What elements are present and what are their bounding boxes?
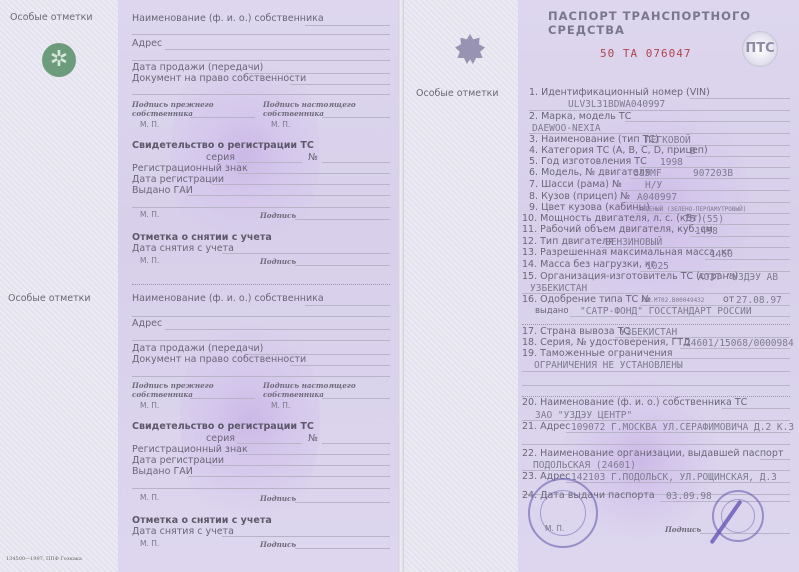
issued-by-label: Выдано ГАИ <box>132 466 193 477</box>
number-label: № <box>308 433 318 444</box>
prev-owner-signature-label-2: собственника <box>132 109 193 118</box>
reg-plate-label: Регистрационный знак <box>132 444 248 455</box>
customs-restrictions-line <box>650 358 790 359</box>
field-label-customs-cert: 18. Серия, № удостоверения, ГТД <box>522 337 691 348</box>
field-label-issuing-org: 22. Наименование организации, выдавшей п… <box>522 448 783 459</box>
engine-field <box>630 178 790 179</box>
field-label-vin: 1. Идентификационный номер (VIN) <box>529 87 710 98</box>
type-approval-date-label: от <box>723 294 734 305</box>
field-label-engine-type: 12. Тип двигателя <box>522 236 614 247</box>
left-page <box>0 0 400 572</box>
signature-label: Подпись <box>260 540 296 549</box>
vin-field-line <box>690 98 790 99</box>
dereg-date-label: Дата снятия с учета <box>132 243 234 254</box>
sale-date-label: Дата продажи (передачи) <box>132 343 263 354</box>
field-label-owner: 20. Наименование (ф. и. о.) собственника… <box>522 397 747 408</box>
reg-date-label: Дата регистрации <box>132 174 224 185</box>
type-approval-issued-field <box>570 316 790 317</box>
seal-placeholder: М. П. <box>140 256 159 265</box>
guilloche-rosette <box>180 300 320 540</box>
curr-owner-signature-label: Подпись настоящего <box>263 381 356 390</box>
curr-owner-signature-field[interactable] <box>322 398 390 399</box>
field-label-curb-mass: 14. Масса без нагрузки, кг <box>522 259 656 270</box>
curr-owner-signature-label-2: собственника <box>263 390 324 399</box>
color-value: ЗЕЛЕНЫЙ (ЗЕЛЕНО-ПЕРЛАМУТРОВЫЙ) <box>638 206 746 213</box>
customs-restrictions-value: ОГРАНИЧЕНИЯ НЕ УСТАНОВЛЕНЫ <box>534 360 683 371</box>
field-label-color: 9. Цвет кузова (кабины) <box>529 202 650 213</box>
owner-address-field-2 <box>522 444 790 445</box>
signature-label: Подпись <box>260 494 296 503</box>
seal-placeholder: М. П. <box>140 539 159 548</box>
signature-field[interactable] <box>295 548 390 549</box>
dereg-date-field[interactable] <box>222 536 390 537</box>
series-label: серия <box>206 152 235 163</box>
owner-name-label: Наименование (ф. и. о.) собственника <box>132 13 324 24</box>
ownership-doc-field[interactable] <box>290 84 390 85</box>
owner-address-field <box>566 432 790 433</box>
displacement-field <box>690 236 790 237</box>
special-marks-label: Особые отметки <box>416 88 499 99</box>
issued-by-label: Выдано ГАИ <box>132 185 193 196</box>
reg-date-field[interactable] <box>212 465 390 466</box>
section-divider <box>132 284 390 285</box>
number-field[interactable] <box>322 443 390 444</box>
field-label-category: 4. Категория ТС (A, B, C, D, прицеп) <box>529 145 708 156</box>
chassis-field <box>620 190 790 191</box>
right-page <box>400 0 799 572</box>
curr-owner-signature-label-2: собственника <box>263 109 324 118</box>
category-field <box>686 156 790 157</box>
type-approval-issued-label: выдано <box>535 306 569 316</box>
signature-field[interactable] <box>295 219 390 220</box>
section-divider <box>522 324 790 325</box>
number-field[interactable] <box>322 162 390 163</box>
field-label-max-mass: 13. Разрешенная максимальная масса, кг <box>522 247 732 258</box>
series-label: серия <box>206 433 235 444</box>
vehicle-passport-spread: ПТС ПАСПОРТ ТРАНСПОРТНОГО СРЕДСТВА 50 ТА… <box>0 0 799 572</box>
ownership-doc-field-2[interactable] <box>132 94 390 95</box>
field-label-make-model: 2. Марка, модель ТС <box>529 111 631 122</box>
address-field[interactable] <box>165 49 390 50</box>
spine <box>398 0 404 572</box>
left-margin <box>0 0 118 572</box>
seal-placeholder: М. П. <box>140 493 159 502</box>
owner-line <box>722 408 790 409</box>
max-mass-field <box>705 259 790 260</box>
owner-name-label: Наименование (ф. и. о.) собственника <box>132 293 324 304</box>
seal-placeholder: М. П. <box>140 120 159 129</box>
prev-owner-signature-label: Подпись прежнего <box>132 381 214 390</box>
reg-plate-label: Регистрационный знак <box>132 163 248 174</box>
green-emblem-icon <box>42 43 76 77</box>
document-serial-number: 50 ТА 076047 <box>600 47 691 60</box>
issued-by-field[interactable] <box>188 195 390 196</box>
issuing-org-address-field <box>566 482 790 483</box>
field-label-displacement: 11. Рабочий объем двигателя, куб. см <box>522 224 713 235</box>
dereg-date-label: Дата снятия с учета <box>132 526 234 537</box>
issued-by-field-2[interactable] <box>132 488 390 489</box>
issued-by-field[interactable] <box>188 476 390 477</box>
seal-placeholder: М. П. <box>140 401 159 410</box>
address-field-2[interactable] <box>132 60 390 61</box>
field-label-type: 3. Наименование (тип ТС) <box>529 134 659 145</box>
signature-field[interactable] <box>295 502 390 503</box>
owner-name-field-2[interactable] <box>132 34 390 35</box>
make-model-line <box>625 121 790 122</box>
official-seal-stamp <box>528 478 598 548</box>
prev-owner-signature-label: Подпись прежнего <box>132 100 214 109</box>
address-field[interactable] <box>165 329 390 330</box>
field-label-export-country: 17. Страна вывоза ТС <box>522 326 630 337</box>
reg-date-field[interactable] <box>212 184 390 185</box>
field-label-year: 5. Год изготовления ТС <box>529 156 647 167</box>
customs-restrictions-field <box>522 371 790 372</box>
seal-placeholder: М. П. <box>140 210 159 219</box>
prev-owner-signature-field[interactable] <box>190 398 255 399</box>
document-title: ПАСПОРТ ТРАНСПОРТНОГО СРЕДСТВА <box>548 9 799 37</box>
printer-imprint: 134500—1997, ППФ Гознака <box>6 556 82 562</box>
ownership-doc-label: Документ на право собственности <box>132 73 306 84</box>
field-label-type-approval: 16. Одобрение типа ТС № <box>522 294 651 305</box>
field-label-body: 8. Кузов (прицеп) № <box>529 191 630 202</box>
owner-name-field[interactable] <box>305 305 390 306</box>
dereg-date-field[interactable] <box>222 253 390 254</box>
address-label: Адрес <box>132 318 162 329</box>
reg-plate-field[interactable] <box>238 454 390 455</box>
number-label: № <box>308 152 318 163</box>
vin-value: ULV3L31BDWA040997 <box>568 99 665 110</box>
signature-label: Подпись <box>260 257 296 266</box>
deregistration-heading: Отметка о снятии с учета <box>132 232 272 243</box>
signature-label: Подпись <box>260 211 296 220</box>
seal-placeholder: М. П. <box>271 401 290 410</box>
customs-cert-field <box>680 348 790 349</box>
owner-name-field-2[interactable] <box>132 316 390 317</box>
address-label: Адрес <box>132 38 162 49</box>
reg-date-label: Дата регистрации <box>132 455 224 466</box>
deregistration-heading: Отметка о снятии с учета <box>132 515 272 526</box>
field-label-power: 10. Мощность двигателя, л. с. (кВт) <box>522 213 701 224</box>
signature-field[interactable] <box>295 265 390 266</box>
prev-owner-signature-label-2: собственника <box>132 390 193 399</box>
reg-plate-field[interactable] <box>238 173 390 174</box>
signature-label: Подпись <box>665 525 701 534</box>
manufacturer-value: АОЗТ "УЗДЭУ АВ <box>698 272 778 283</box>
customs-restrictions-field-2 <box>522 385 790 386</box>
curr-owner-signature-field[interactable] <box>322 117 390 118</box>
type-approval-number-value: UZ.МТ02.В00049432 <box>643 297 704 304</box>
address-field-2[interactable] <box>132 340 390 341</box>
special-marks-label: Особые отметки <box>10 12 93 23</box>
prev-owner-signature-field[interactable] <box>190 117 255 118</box>
issuing-org-line <box>760 459 790 460</box>
curr-owner-signature-label: Подпись настоящего <box>263 100 356 109</box>
reg-cert-heading: Свидетельство о регистрации ТС <box>132 140 314 151</box>
ownership-doc-label: Документ на право собственности <box>132 354 306 365</box>
issued-by-field-2[interactable] <box>132 207 390 208</box>
seal-placeholder: М. П. <box>271 120 290 129</box>
field-label-owner-address: 21. Адрес <box>522 421 570 432</box>
right-margin <box>400 0 518 572</box>
owner-name-field[interactable] <box>305 25 390 26</box>
special-marks-label: Особые отметки <box>8 293 91 304</box>
sale-date-label: Дата продажи (передачи) <box>132 62 263 73</box>
reg-cert-heading: Свидетельство о регистрации ТС <box>132 421 314 432</box>
ownership-doc-field-2[interactable] <box>132 376 390 377</box>
field-label-chassis: 7. Шасси (рама) № <box>529 179 622 190</box>
ownership-doc-field[interactable] <box>290 365 390 366</box>
